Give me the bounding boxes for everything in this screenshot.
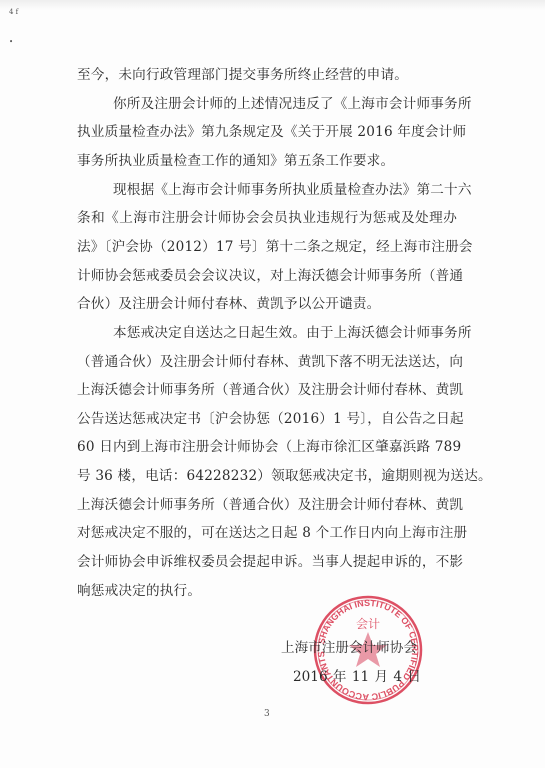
page-number: 3	[264, 709, 270, 719]
signature-date: 2016 年 11 月 4 日	[293, 667, 421, 687]
text-line: 60 日内到上海市注册会计师协会（上海市徐汇区肇嘉浜路 789	[77, 437, 457, 457]
text-line: 现根据《上海市会计师事务所执业质量检查办法》第二十六	[77, 180, 457, 200]
stamp-inner-text: 会计	[356, 616, 380, 631]
margin-mark: •	[9, 38, 13, 46]
text-line: 公告送达惩戒决定书〔沪会协惩（2016）1 号〕，自公告之日起	[77, 409, 457, 429]
text-line: 本惩戒决定自送达之日起生效。由于上海沃德会计师事务所	[77, 323, 457, 343]
text-line: 计师协会惩戒委员会会议决议，对上海沃德会计师事务所（普通	[77, 266, 457, 286]
scan-edge-shadow	[0, 0, 545, 10]
text-line: 事务所执业质量检查工作的通知》第五条工作要求。	[77, 151, 457, 171]
text-line: 会计师协会申诉维权委员会提起申诉。当事人提起申诉的，不影	[77, 552, 457, 572]
text-line: 至今，未向行政管理部门提交事务所终止经营的申请。	[77, 65, 457, 85]
text-line: （普通合伙）及注册会计师付春林、黄凯下落不明无法送达，向	[77, 352, 457, 372]
signature-organization: 上海市注册会计师协会	[281, 638, 417, 658]
margin-mark: 4 f	[9, 8, 18, 16]
text-line: 对惩戒决定不服的，可在送达之日起 8 个工作日内向上海市注册	[77, 523, 457, 543]
text-line: 你所及注册会计师的上述情况违反了《上海市会计师事务所	[77, 94, 457, 114]
text-line: 条和《上海市注册会计师协会会员执业违规行为惩戒及处理办	[77, 208, 457, 228]
text-line: 执业质量检查办法》第九条规定及《关于开展 2016 年度会计师	[77, 122, 457, 142]
text-line: 上海沃德会计师事务所（普通合伙）及注册会计师付春林、黄凯	[77, 380, 457, 400]
text-line: 法》〔沪会协（2012）17 号〕第十二条之规定，经上海市注册会	[77, 237, 457, 257]
text-line: 上海沃德会计师事务所（普通合伙）及注册会计师付春林、黄凯	[77, 495, 457, 515]
text-line: 合伙）及注册会计师付春林、黄凯予以公开谴责。	[77, 294, 457, 314]
text-line: 号 36 楼，电话：64228232）领取惩戒决定书，逾期则视为送达。	[77, 466, 457, 486]
